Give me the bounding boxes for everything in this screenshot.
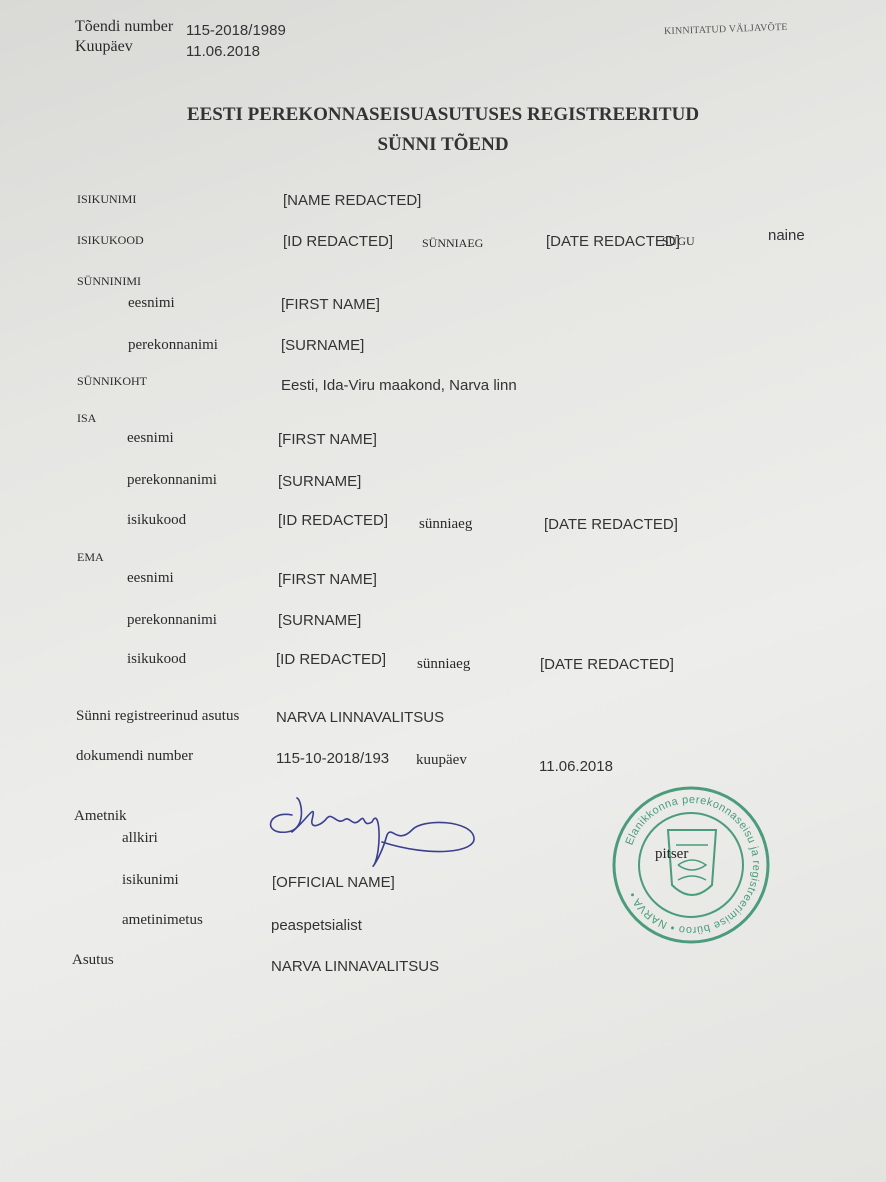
birth-first-name-label: eesnimi [128, 295, 175, 312]
birth-first-name: [FIRST NAME] [281, 296, 380, 313]
document-title-line2: SÜNNI TÕEND [0, 134, 886, 156]
child-sex-label: SUGU [662, 234, 695, 249]
mother-first-name-label: eesnimi [127, 570, 174, 587]
child-id-label: ISIKUKOOD [77, 233, 144, 248]
institution-label: Asutus [72, 952, 114, 969]
father-surname: [SURNAME] [278, 473, 361, 490]
doc-date-label: kuupäev [416, 752, 467, 769]
document-title-line1: EESTI PEREKONNASEISUASUTUSES REGISTREERI… [0, 104, 886, 126]
mother-id-code: [ID REDACTED] [276, 651, 386, 668]
child-birthdate: [DATE REDACTED] [546, 233, 680, 250]
certified-copy-label: KINNITATUD VÄLJAVÕTE [664, 22, 788, 37]
child-name-label: ISIKUNIMI [77, 192, 136, 207]
birthplace-label: SÜNNIKOHT [77, 374, 147, 389]
official-title: peaspetsialist [271, 917, 362, 934]
father-id-label: isikukood [127, 512, 186, 529]
father-birthdate: [DATE REDACTED] [544, 516, 678, 533]
mother-birthdate-label: sünniaeg [417, 656, 470, 673]
date-label: Kuupäev [75, 38, 133, 56]
mother-birthdate: [DATE REDACTED] [540, 656, 674, 673]
father-section-label: ISA [77, 411, 96, 426]
doc-number-label: dokumendi number [76, 748, 193, 765]
signature-label: allkiri [122, 830, 158, 847]
mother-surname-label: perekonnanimi [127, 612, 217, 629]
father-birthdate-label: sünniaeg [419, 516, 472, 533]
svg-text:Elanikkonna perekonnaseisu ja: Elanikkonna perekonnaseisu ja registreer… [624, 794, 763, 936]
official-name: [OFFICIAL NAME] [272, 874, 395, 891]
father-id-code: [ID REDACTED] [278, 512, 388, 529]
birth-surname: [SURNAME] [281, 337, 364, 354]
birthplace-value: Eesti, Ida-Viru maakond, Narva linn [281, 377, 517, 394]
institution-value: NARVA LINNAVALITSUS [271, 958, 439, 975]
official-seal-icon: Elanikkonna perekonnaseisu ja registreer… [608, 785, 774, 945]
mother-section-label: EMA [77, 550, 104, 565]
mother-first-name: [FIRST NAME] [278, 571, 377, 588]
child-name: [NAME REDACTED] [283, 192, 421, 209]
birth-surname-label: perekonnanimi [128, 337, 218, 354]
seal-label: pitser [655, 846, 688, 863]
mother-surname: [SURNAME] [278, 612, 361, 629]
doc-number: 115-10-2018/193 [276, 750, 389, 767]
date-value: 11.06.2018 [186, 43, 260, 60]
father-surname-label: perekonnanimi [127, 472, 217, 489]
birth-name-section-label: SÜNNINIMI [77, 274, 141, 289]
father-first-name: [FIRST NAME] [278, 431, 377, 448]
child-id-code: [ID REDACTED] [283, 233, 393, 250]
official-title-label: ametinimetus [122, 912, 203, 929]
registration-authority: NARVA LINNAVALITSUS [276, 709, 444, 726]
child-sex: naine [768, 227, 805, 244]
registration-authority-label: Sünni registreerinud asutus [76, 708, 239, 725]
father-first-name-label: eesnimi [127, 430, 174, 447]
mother-id-label: isikukood [127, 651, 186, 668]
child-birthdate-label: SÜNNIAEG [422, 236, 483, 251]
certificate-number: 115-2018/1989 [186, 22, 286, 39]
doc-date: 11.06.2018 [539, 758, 613, 775]
signature-icon [262, 790, 482, 875]
official-name-label: isikunimi [122, 872, 179, 889]
official-section-label: Ametnik [74, 808, 127, 825]
certificate-number-label: Tõendi number [75, 18, 173, 36]
